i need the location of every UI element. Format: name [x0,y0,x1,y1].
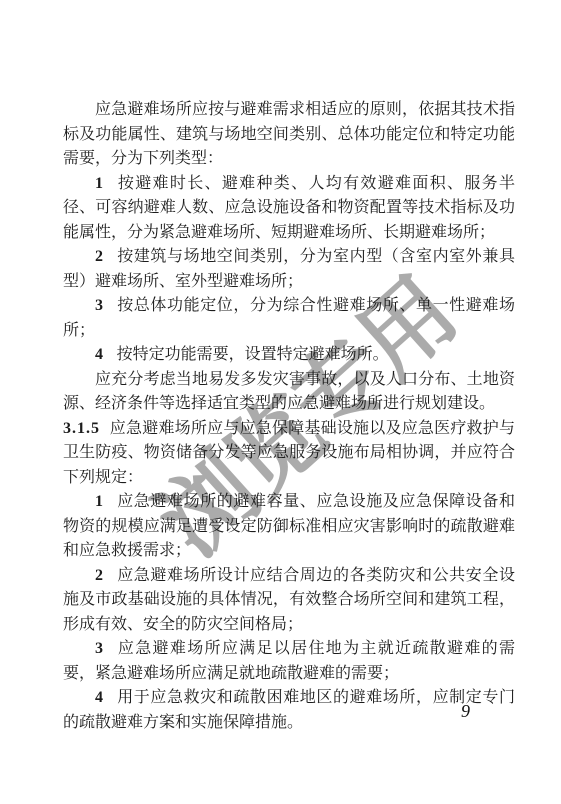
clause-text: 应急避难场所的避难容量、应急设施及应急保障设备和物资的规模应满足遭受设定防御标准… [63,493,515,559]
paragraph: 应充分考虑当地易发多发灾害事故，以及人口分布、土地资源、经济条件等选择适宜类型的… [63,368,515,417]
clause-number: 2 [95,248,103,265]
clause-text: 应急避难场所应与应急保障基础设施以及应急医疗救护与卫生防疫、物资储备分发等应急服… [63,420,515,486]
clause-item: 4用于应急救灾和疏散困难地区的避难场所，应制定专门的疏散避难方案和实施保障措施。 [63,686,515,735]
section-clause: 3.1.5应急避难场所应与应急保障基础设施以及应急医疗救护与卫生防疫、物资储备分… [63,417,515,491]
document-body: 应急避难场所应按与避难需求相适应的原则，依据其技术指标及功能属性、建筑与场地空间… [63,98,515,735]
clause-item: 1按避难时长、避难种类、人均有效避难面积、服务半径、可容纳避难人数、应急设施设备… [63,172,515,246]
clause-text: 应急避难场所应按与避难需求相适应的原则，依据其技术指标及功能属性、建筑与场地空间… [63,101,515,167]
clause-text: 用于应急救灾和疏散困难地区的避难场所，应制定专门的疏散避难方案和实施保障措施。 [63,689,515,731]
clause-number: 1 [95,175,103,192]
clause-number: 1 [95,493,103,510]
clause-text: 按特定功能需要，设置特定避难场所。 [117,346,389,363]
clause-item: 3按总体功能定位，分为综合性避难场所、单一性避难场所； [63,294,515,343]
clause-text: 按建筑与场地空间类别，分为室内型（含室内室外兼具型）避难场所、室外型避难场所； [63,248,515,290]
clause-text: 应急避难场所设计应结合周边的各类防灾和公共安全设施及市政基础设施的具体情况，有效… [63,567,515,633]
clause-text: 应充分考虑当地易发多发灾害事故，以及人口分布、土地资源、经济条件等选择适宜类型的… [63,371,515,413]
clause-item: 4按特定功能需要，设置特定避难场所。 [63,343,515,368]
page-number: 9 [461,701,470,722]
section-number: 3.1.5 [63,420,100,437]
document-page: 浏览专用 应急避难场所应按与避难需求相适应的原则，依据其技术指标及功能属性、建筑… [0,0,561,804]
clause-item: 3应急避难场所应满足以居住地为主就近疏散避难的需要，紧急避难场所应满足就地疏散避… [63,637,515,686]
clause-item: 1应急避难场所的避难容量、应急设施及应急保障设备和物资的规模应满足遭受设定防御标… [63,490,515,564]
clause-text: 按避难时长、避难种类、人均有效避难面积、服务半径、可容纳避难人数、应急设施设备和… [63,175,515,241]
paragraph: 应急避难场所应按与避难需求相适应的原则，依据其技术指标及功能属性、建筑与场地空间… [63,98,515,172]
clause-number: 3 [95,640,103,657]
clause-number: 3 [95,297,103,314]
clause-number: 4 [95,346,103,363]
clause-number: 2 [95,567,103,584]
clause-text: 应急避难场所应满足以居住地为主就近疏散避难的需要，紧急避难场所应满足就地疏散避难… [63,640,515,682]
clause-item: 2应急避难场所设计应结合周边的各类防灾和公共安全设施及市政基础设施的具体情况，有… [63,564,515,638]
clause-item: 2按建筑与场地空间类别，分为室内型（含室内室外兼具型）避难场所、室外型避难场所； [63,245,515,294]
clause-text: 按总体功能定位，分为综合性避难场所、单一性避难场所； [63,297,515,339]
clause-number: 4 [95,689,103,706]
